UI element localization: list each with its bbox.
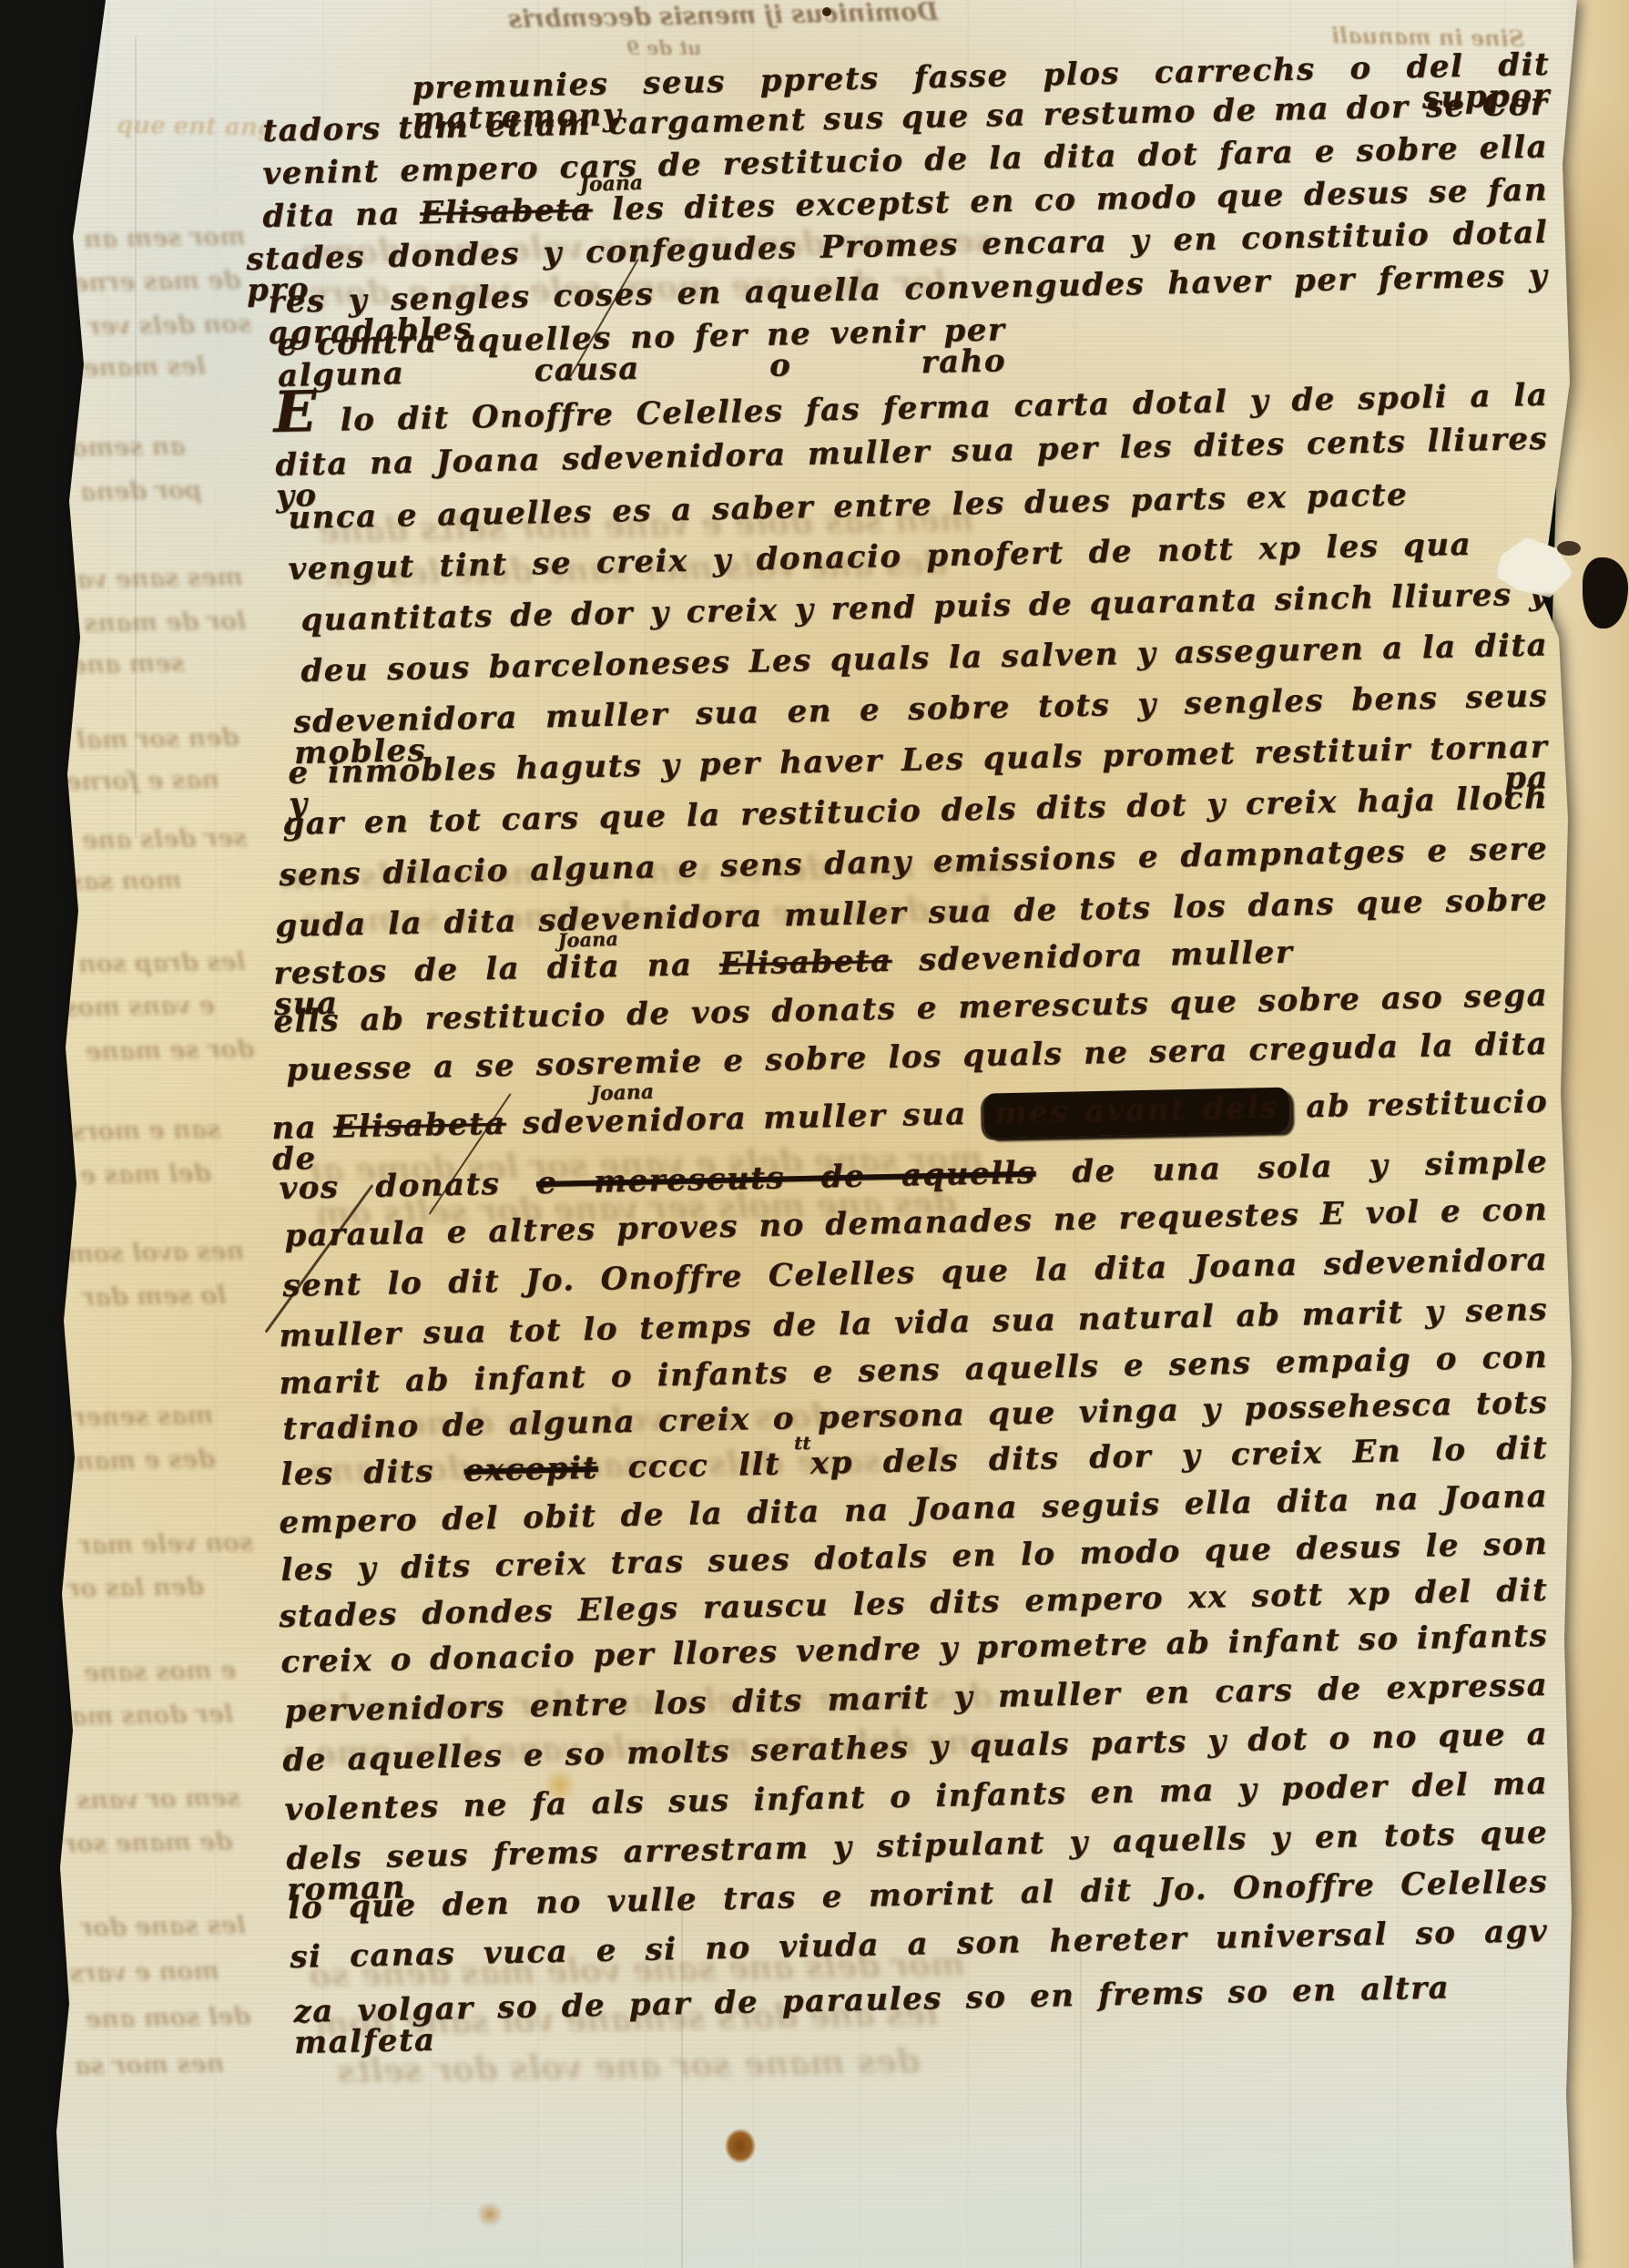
bleedthrough-text: del som ane <box>86 2002 251 2033</box>
line-segment: puesse a se sosremie e sobre los quals n… <box>286 1026 1549 1088</box>
manuscript-line: lo que den no vulle tras e morint al dit… <box>288 1866 1548 1924</box>
line-segment: dita na Joana sdevenidora muller sua per… <box>275 421 1549 515</box>
line-segment: muller sua tot lo temps de la vida sua n… <box>279 1292 1549 1354</box>
manuscript-line: stades dondes y confegudes Promes encara… <box>246 217 1549 306</box>
line-segment: volentes ne fa als sus infant o infants … <box>284 1765 1549 1828</box>
manuscript-line: e inmobles haguts y per haver Les quals … <box>288 731 1549 820</box>
bleedthrough-layer: mor sem ande mas erneson dels verles man… <box>0 0 1629 2268</box>
bleedthrough-text: den las or <box>67 1573 204 1604</box>
line-segment: marit ab infant o infants e sens aquells… <box>279 1339 1549 1402</box>
line-segment: na <box>271 1109 334 1147</box>
line-segment: les dits <box>280 1453 464 1493</box>
manuscript-photo: mor sem ande mas erneson dels verles man… <box>0 0 1629 2268</box>
line-segment: dita na <box>262 195 421 235</box>
line-segment: si canas vuca e si no viuda a son herete… <box>290 1913 1549 1976</box>
line-segment: vengut tint se creix y donacio pnofert d… <box>288 526 1472 587</box>
bleedthrough-text: sem or vans <box>76 1783 241 1814</box>
manuscript-line: res y sengles coses en aquella convengud… <box>268 261 1549 349</box>
bleedthrough-text: les ane dors semane vol sane dome <box>319 1995 939 2044</box>
bleedthrough-text: lo sem dar <box>82 1282 227 1313</box>
bleedthrough-text: les drap son <box>78 947 246 978</box>
bleedthrough-text: lor des ane mors sele van e dors <box>310 264 948 313</box>
bleedthrough-text: san e mors <box>71 1116 221 1147</box>
interlinear-insertion: Joana <box>579 171 643 197</box>
bleedthrough-text: del mas e <box>80 1160 211 1190</box>
annotation-layer: Dominicus ij mensis decembrisut de 9Sine… <box>0 0 1629 2268</box>
bleedthrough-text: de mane sor <box>64 1827 233 1858</box>
line-segment: empero del obit de la dita na Joana segu… <box>279 1478 1549 1541</box>
manuscript-line: sens dilacio alguna e sens dany emission… <box>279 833 1548 891</box>
line-segment-s1: Elisabeta <box>420 191 593 231</box>
bleedthrough-text: mor sem an <box>84 222 246 253</box>
line-segment: sens dilacio alguna e sens dany emission… <box>279 831 1549 894</box>
manuscript-line: venint empero cars de restitucio de la d… <box>262 131 1548 189</box>
pen-flourish <box>264 1184 373 1333</box>
line-segment: creix o donacio per llores vendre y prom… <box>280 1618 1549 1681</box>
line-segment-s1: Elisabeta <box>333 1106 506 1146</box>
line-segment: pervenidors entre los dits marit y mulle… <box>284 1667 1549 1730</box>
manuscript-line: restos de la dita na Elisabeta sdevenido… <box>273 937 1294 1020</box>
manuscript-line: de aquelles e so molts serathes y quals … <box>282 1719 1548 1776</box>
interlinear-insertion: Joana <box>557 927 618 952</box>
bleedthrough-text: nas e forne <box>66 766 219 797</box>
ink-stain-spot <box>719 2122 761 2170</box>
bleedthrough-text: sem ane <box>71 649 185 679</box>
bleedthrough-text: des ane vols mer sane dote les om <box>328 545 948 594</box>
bleedthrough-text: an semor <box>58 433 186 463</box>
bleedthrough-text: lor sane dels e mane vos dors ane <box>310 1441 948 1490</box>
line-segment-blot: mes avant dels <box>982 1088 1290 1139</box>
manuscript-line: pervenidors entre los dits marit y mulle… <box>284 1670 1548 1727</box>
bleedthrough-text: nes mor sa <box>75 2050 225 2081</box>
line-segment: de aquelles e so molts serathes y quals … <box>282 1716 1549 1779</box>
bleedthrough-text: son dels ver <box>87 310 252 341</box>
bleedthrough-text: mas sener <box>73 1402 214 1433</box>
bleedthrough-text: e vans mos <box>64 992 215 1023</box>
pen-flourish <box>429 1093 512 1215</box>
line-segment: premunies seus pprets fasse plos carrech… <box>412 46 1551 138</box>
manuscript-line: quantitats de dor y creix y rend puis de… <box>300 578 1548 636</box>
bleedthrough-text: ser dels ane <box>82 823 248 854</box>
line-segment-s2: e merescuts de aquells <box>536 1155 1036 1201</box>
manuscript-line: les y dits creix tras sues dotals en lo … <box>280 1528 1548 1586</box>
bleedthrough-text: dor se mane <box>86 1035 255 1066</box>
line-segment: stades dondes Elegs rauscu les dits empe… <box>279 1572 1549 1635</box>
bleedthrough-text: den sor mal <box>76 723 239 754</box>
bleedthrough-text: des mane sor ele vans dor semane les <box>300 1677 993 1727</box>
bleedthrough-text: ler dons ma <box>71 1700 234 1731</box>
bleedthrough-text: mon e vars <box>69 1957 219 1988</box>
manuscript-line: za volgar so de par de paraules so en fr… <box>293 1972 1451 2059</box>
manuscript-line: tradino de alguna creix o persona que vi… <box>282 1387 1548 1445</box>
manuscript-line: si canas vuca e si no viuda a son herete… <box>290 1916 1548 1973</box>
bleedthrough-text: sem one dars e mane vole snes dome <box>300 221 993 271</box>
bleedthrough-text: de mas erne <box>73 266 241 297</box>
manuscript-line: unca e aquelles es a saber entre les due… <box>288 479 1408 534</box>
bleedthrough-text: des ane mols ser vane dor selts ome <box>319 1184 957 1233</box>
faint-header-annotation: Sine in manuali <box>1331 22 1525 52</box>
bleedthrough-text: mor sane dels e vane sor les dome an <box>310 1140 984 1190</box>
faint-header-annotation: que ent ang <box>117 111 275 141</box>
line-segment-s1: Elisabeta <box>719 943 892 983</box>
line-segment: ab restitucio de <box>272 1084 1549 1178</box>
manuscript-line: muller sua tot lo temps de la vida sua n… <box>279 1294 1548 1352</box>
line-segment: sdevenidora muller sua <box>505 1096 983 1142</box>
line-segment: sent lo dit Jo. Onoffre Celelles que la … <box>282 1241 1549 1304</box>
line-segment: dels seus frems arrestram y stipulant y … <box>286 1814 1549 1908</box>
line-segment: les y dits creix tras sues dotals en lo … <box>280 1526 1549 1589</box>
manuscript-line: volentes ne fa als sus infant o infants … <box>284 1768 1548 1825</box>
manuscript-line: guda la dita sdevenidora muller sua de t… <box>275 884 1548 942</box>
line-segment: E lo dit Onoffre Celelles fas ferma cart… <box>273 377 1549 440</box>
line-segment: guda la dita sdevenidora muller sua de t… <box>275 882 1549 945</box>
ink-dab <box>1557 541 1581 556</box>
line-segment: restos de la dita na <box>273 946 719 992</box>
line-segment: venint empero cars de restitucio de la d… <box>262 128 1549 192</box>
paper-crease <box>135 36 137 838</box>
bleedthrough-text: lor de mans <box>84 607 247 638</box>
line-segment: res y sengles coses en aquella convengud… <box>268 258 1549 352</box>
bleedthrough-text: nes avol som <box>67 1237 245 1268</box>
manuscript-line: na Elisabeta sdevenidora muller sua mes … <box>271 1087 1549 1175</box>
pen-flourish <box>569 259 639 378</box>
bleedthrough-text: por dena <box>80 476 202 506</box>
ink-stain-spot <box>472 2197 508 2232</box>
manuscript-line: marit ab infant o infants e sens aquells… <box>279 1342 1548 1399</box>
faint-header-annotation: Dominicus ij mensis decembris <box>508 0 939 34</box>
faint-header-annotation: ut de 9 <box>626 36 701 59</box>
manuscript-line: gar en tot cars que la restitucio dels d… <box>282 782 1548 840</box>
line-segment: tradino de alguna creix o persona que vi… <box>282 1384 1549 1447</box>
line-segment-s2: excepit <box>463 1450 598 1489</box>
line-segment: za volgar so de par de paraules so en fr… <box>293 1969 1451 2061</box>
manuscript-line: dels seus frems arrestram y stipulant y … <box>286 1817 1549 1905</box>
dark-speck <box>822 7 831 16</box>
manuscript-line: sdevenidora muller sua en e sobre tots y… <box>293 680 1549 769</box>
line-segment: quantitats de dor y creix y rend puis de… <box>300 576 1549 639</box>
manuscript-line: premunies seus pprets fasse plos carrech… <box>412 49 1551 135</box>
bleedthrough-text: sane dols ane mor sele vane dors ome an <box>282 1722 1012 1773</box>
bleedthrough-text: sem dors ane vole mas dene sor <box>337 1395 921 1444</box>
bleedthrough-text: les sane dor <box>80 1911 247 1942</box>
paper-crease <box>1080 1949 1082 2268</box>
line-segment: paraula e altres proves no demanades ne … <box>284 1191 1549 1254</box>
paper-cool-region-bottom <box>55 2031 1566 2268</box>
paper-crease <box>681 1895 683 2268</box>
manuscript-line: deu sous barceloneses Les quals la salve… <box>300 629 1548 687</box>
bleedthrough-text: sane mor del es vane sor mane dels ome <box>282 846 1012 897</box>
manuscript-text-layer: premunies seus pprets fasse plos carrech… <box>0 0 1629 2268</box>
bleedthrough-text: les dors ane mov sels dane or semane <box>300 890 993 940</box>
line-segment: lo que den no vulle tras e morint al dit… <box>288 1864 1549 1926</box>
line-segment: ells ab restitucio de vos donats e meres… <box>273 977 1549 1040</box>
manuscript-line: vengut tint se creix y donacio pnofert d… <box>288 529 1471 585</box>
line-segment: sdevenidora muller sua <box>274 935 1294 1023</box>
paper-cool-region-top-left <box>55 0 473 865</box>
line-segment: gar en tot cars que la restitucio dels d… <box>282 780 1549 843</box>
manuscript-line: paraula e altres proves no demanades ne … <box>284 1194 1548 1251</box>
line-segment: e contra aquelles no fer ne venir per al… <box>277 312 1006 394</box>
line-segment: tadors tam etiam cargament sus que sa re… <box>262 86 1549 149</box>
paper-sheet-wrap: mor sem ande mas erneson dels verles man… <box>0 0 1629 2268</box>
bleedthrough-text: e mos sane <box>84 1657 237 1688</box>
manuscript-line: stades dondes Elegs rauscu les dits empe… <box>279 1575 1548 1632</box>
manuscript-line: ells ab restitucio de vos donats e meres… <box>273 980 1548 1037</box>
line-segment: sdevenidora muller sua en e sobre tots y… <box>293 678 1549 771</box>
manuscript-line: empero del obit de la dita na Joana segu… <box>279 1481 1548 1538</box>
line-segment: vos donats <box>279 1165 536 1207</box>
line-segment: de una sola y simple <box>1035 1144 1548 1191</box>
line-segment: stades dondes y confegudes Promes encara… <box>246 214 1549 309</box>
manuscript-line: les dits excepit cccc llt xp dels dits d… <box>280 1433 1548 1490</box>
line-segment: cccc llt xp dels dits dor y creix En lo … <box>597 1430 1548 1486</box>
bleedthrough-text: des mane sor ane vols dor selts <box>337 2042 921 2090</box>
manuscript-line: vos donats e merescuts de aquells de una… <box>279 1147 1548 1204</box>
manuscript-line: dita na Elisabeta les dites exceptst en … <box>262 174 1548 232</box>
bleedthrough-text: les manes <box>69 352 207 383</box>
bleedthrough-text: mes sane var <box>64 563 243 594</box>
bleedthrough-text: mon sas <box>69 866 182 896</box>
line-segment: les dites exceptst en co modo que desus … <box>592 171 1548 228</box>
manuscript-line: E lo dit Onoffre Celelles fas ferma cart… <box>273 371 1549 437</box>
bleedthrough-text: des e mans <box>62 1446 216 1476</box>
bleedthrough-text: men sas dole e vane mor selts dane <box>319 501 975 551</box>
paper-sheet: mor sem ande mas erneson dels verles man… <box>0 0 1629 2268</box>
line-segment: e inmobles haguts y per haver Les quals … <box>288 729 1549 822</box>
manuscript-line: dita na Joana sdevenidora muller sua per… <box>275 424 1549 512</box>
manuscript-line: puesse a se sosremie e sobre los quals n… <box>286 1028 1548 1086</box>
manuscript-line: e contra aquelles no fer ne venir per al… <box>277 314 1006 392</box>
interlinear-insertion: tt <box>794 1432 810 1454</box>
manuscript-line: creix o donacio per llores vendre y prom… <box>280 1620 1548 1678</box>
yellow-stain-spot <box>539 1763 581 1807</box>
line-segment: unca e aquelles es a saber entre les due… <box>288 476 1409 536</box>
interlinear-insertion: Joana <box>590 1080 654 1106</box>
bleedthrough-text: son vele mar <box>78 1528 254 1559</box>
line-segment: deu sous barceloneses Les quals la salve… <box>300 627 1549 690</box>
manuscript-line: tadors tam etiam cargament sus que sa re… <box>262 88 1548 147</box>
manuscript-line: sent lo dit Jo. Onoffre Celelles que la … <box>282 1244 1548 1302</box>
bleedthrough-text: mor dels ane sane vole mas dene sor <box>310 1946 966 1996</box>
